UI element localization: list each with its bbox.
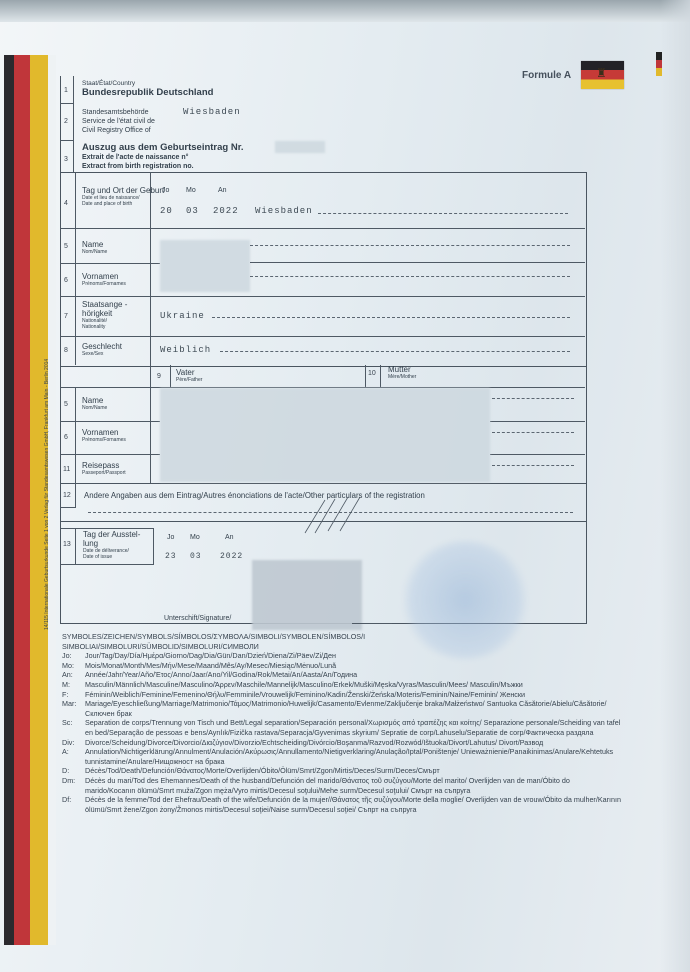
field-number: 12 — [63, 492, 71, 499]
redacted-registration-number — [275, 141, 325, 153]
legend-entry: Jo:Jour/Tag/Day/Día/Ημέρα/Giorno/Dag/Dia… — [62, 651, 622, 661]
legend-key: Mo: — [62, 661, 85, 671]
field-number: 2 — [64, 118, 68, 125]
legend-text: Mois/Monat/Month/Mes/Μήν/Mese/Maand/Mês/… — [85, 661, 622, 671]
legend-key: Jo: — [62, 651, 85, 661]
birth-certificate-page: 14/115 Internationale Geburtsurkunde Sei… — [0, 0, 690, 972]
field-number: 5 — [64, 243, 68, 250]
field-number: 13 — [63, 541, 71, 548]
legend-text: Divorce/Scheidung/Divorce/Divorcio/Διαζύ… — [85, 738, 622, 748]
legend-entry: Dm:Décès du mari/Tod des Ehemannes/Death… — [62, 776, 622, 795]
field-number: 9 — [157, 373, 161, 380]
birth-place: Wiesbaden — [255, 206, 313, 216]
legend-text: Décès de la femme/Tod der Ehefrau/Death … — [85, 795, 622, 814]
legend-key: An: — [62, 670, 85, 680]
legend-text: Masculin/Männlich/Masculine/Masculino/Άρ… — [85, 680, 622, 690]
redacted-parent-details — [160, 388, 490, 482]
legend-entry: Mar:Mariage/Eyeschließung/Marriage/Matri… — [62, 699, 622, 718]
symbols-legend: SYMBOLES/ZEICHEN/SYMBOLS/SÍMBOLOS/ΣΥΜΒΟΛ… — [62, 632, 622, 814]
signature-label: Unterschift/Signature/ — [164, 614, 231, 623]
legend-key: Mar: — [62, 699, 85, 718]
parent-given-names-label: VornamenPrénoms/Fornames — [82, 428, 126, 443]
registry-office-label: StandesamtsbehördeService de l'état civi… — [82, 108, 155, 135]
issue-date-label: Tag der Ausstel-lungDate de déliverance/… — [83, 530, 140, 560]
eagle-icon: ♜ — [596, 66, 607, 80]
field-number: 11 — [63, 466, 70, 473]
legend-key: Df: — [62, 795, 85, 814]
col-year: An — [225, 533, 234, 542]
legend-text: Décès du mari/Tod des Ehemannes/Death of… — [85, 776, 622, 795]
other-particulars-label: Andere Angaben aus dem Eintrag/Autres én… — [84, 491, 425, 500]
birth-month: 03 — [186, 206, 199, 216]
legend-entry: Df:Décès de la femme/Tod der Ehefrau/Dea… — [62, 795, 622, 814]
birth-date-place-label: Tag und Ort der GeburtDate et lieu de na… — [82, 186, 164, 207]
nationality-label: Staatsange -hörigkeitNationalité/Nationa… — [82, 300, 127, 330]
legend-entry: Mo:Mois/Monat/Month/Mes/Μήν/Mese/Maand/M… — [62, 661, 622, 671]
nationality-value: Ukraine — [160, 311, 205, 321]
redacted-signature — [252, 560, 362, 630]
legend-key: Dm: — [62, 776, 85, 795]
legend-title: SYMBOLES/ZEICHEN/SYMBOLS/SÍMBOLOS/ΣΥΜΒΟΛ… — [62, 632, 622, 642]
flag-stripe-black — [4, 55, 14, 945]
father-label: VaterPère/Father — [176, 368, 202, 383]
legend-text: Féminin/Weiblich/Feminine/Femenino/Θήλυ/… — [85, 690, 622, 700]
legend-title-cont: SIMBOLIAI/SIMBOLURI/SÜMBOLID/SIMBOLURI/С… — [62, 642, 622, 652]
field-number: 4 — [64, 200, 68, 207]
child-name-label: NameNom/Name — [82, 240, 107, 255]
issue-day: 23 — [165, 552, 177, 561]
sex-label: GeschlechtSexe/Sex — [82, 342, 122, 357]
legend-entry: Div:Divorce/Scheidung/Divorce/Divorcio/Δ… — [62, 738, 622, 748]
next-page-flag-icon — [656, 52, 662, 76]
issue-year: 2022 — [220, 552, 243, 561]
col-month: Mo — [190, 533, 200, 542]
col-day: Jo — [167, 533, 174, 542]
field-number: 6 — [64, 277, 68, 284]
sex-value: Weiblich — [160, 345, 211, 355]
field-number: 7 — [64, 313, 68, 320]
legend-text: Jour/Tag/Day/Día/Ημέρα/Giorno/Dag/Dia/Gü… — [85, 651, 622, 661]
registry-office-value: Wiesbaden — [183, 107, 241, 117]
field-number: 3 — [64, 156, 68, 163]
field-number: 5 — [64, 401, 68, 408]
legend-text: Separation de corps/Trennung von Tisch u… — [85, 718, 622, 737]
col-month: Mo — [186, 186, 196, 195]
flag-stripe-red — [14, 55, 30, 945]
legend-text: Mariage/Eyeschließung/Marriage/Matrimoni… — [85, 699, 622, 718]
child-given-names-label: VornamenPrénoms/Fornames — [82, 272, 126, 287]
cancel-marks — [300, 495, 370, 535]
registration-number-label: Auszug aus dem Geburtseintrag Nr.Extrait… — [82, 143, 244, 171]
legend-entry: F:Féminin/Weiblich/Feminine/Femenino/Θήλ… — [62, 690, 622, 700]
redacted-child-name — [160, 240, 250, 292]
legend-key: M: — [62, 680, 85, 690]
legend-text: Annulation/Nichtigerklärung/Annulment/An… — [85, 747, 622, 766]
birth-year: 2022 — [213, 206, 239, 216]
parent-name-label: NameNom/Name — [82, 396, 107, 411]
passport-label: ReisepassPasseport/Passport — [82, 461, 126, 476]
col-day: Jo — [162, 186, 169, 195]
legend-key: A: — [62, 747, 85, 766]
country-label: Staat/État/CountryBundesrepublik Deutsch… — [82, 80, 213, 97]
issue-month: 03 — [190, 552, 202, 561]
mother-label: MutterMère/Mother — [388, 365, 416, 380]
legend-entry: An:Année/Jahr/Year/Año/Έτος/Anno/Jaar/An… — [62, 670, 622, 680]
legend-key: Sc: — [62, 718, 85, 737]
field-number: 8 — [64, 347, 68, 354]
legend-text: Décès/Tod/Death/Defunción/Θάνατος/Morte/… — [85, 766, 622, 776]
legend-key: F: — [62, 690, 85, 700]
legend-entry: Sc:Separation de corps/Trennung von Tisc… — [62, 718, 622, 737]
legend-entry: D:Décès/Tod/Death/Defunción/Θάνατος/Mort… — [62, 766, 622, 776]
legend-text: Année/Jahr/Year/Año/Έτος/Anno/Jaar/Ano/Y… — [85, 670, 622, 680]
legend-key: Div: — [62, 738, 85, 748]
page-top-shadow — [0, 0, 690, 22]
col-year: An — [218, 186, 227, 195]
publisher-imprint: 14/115 Internationale Geburtsurkunde Sei… — [44, 359, 50, 630]
birth-day: 20 — [160, 206, 173, 216]
legend-entry: A:Annulation/Nichtigerklärung/Annulment/… — [62, 747, 622, 766]
legend-entry: M:Masculin/Männlich/Masculine/Masculino/… — [62, 680, 622, 690]
field-number: 1 — [64, 87, 68, 94]
page-right-shadow — [660, 0, 690, 972]
legend-key: D: — [62, 766, 85, 776]
country-value: Bundesrepublik Deutschland — [82, 87, 213, 98]
field-number: 6 — [64, 434, 68, 441]
field-number: 10 — [368, 370, 376, 377]
